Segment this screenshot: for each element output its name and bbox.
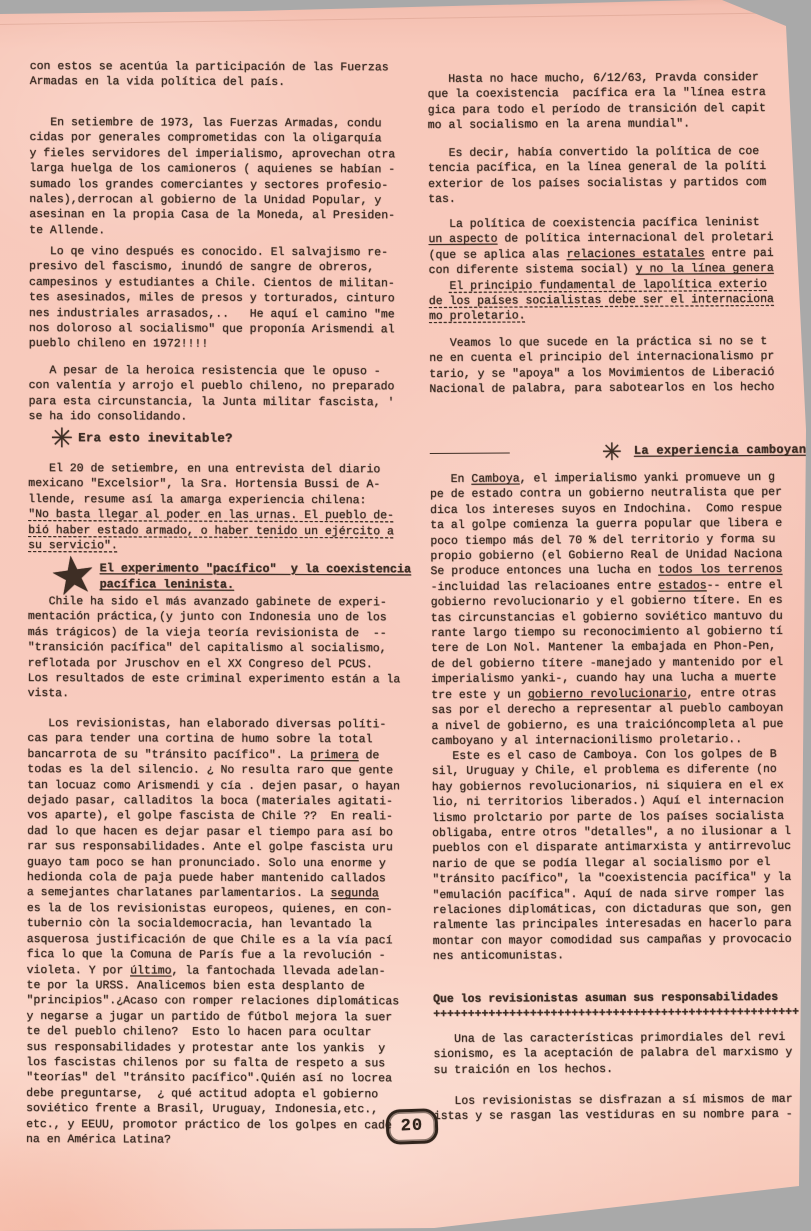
- paragraph: Es decir, había convertido la política d…: [428, 144, 767, 208]
- section-heading: ★El experimento "pacífico" y la coexiste…: [50, 556, 411, 597]
- underlined-text: El principio fundamental de lapolítica e…: [449, 278, 767, 293]
- underlined-text: un aspecto: [428, 233, 497, 246]
- paragraph: En Camboya, el imperialismo yanki promue…: [430, 470, 784, 749]
- heading-text: Era esto inevitable?: [78, 431, 233, 447]
- star-icon: ★: [47, 553, 99, 599]
- asterisk-icon: ✳: [602, 441, 622, 463]
- page-number-stamp: 20: [385, 1108, 438, 1145]
- slogan-divider: Que los revisionistas asuman sus respons…: [433, 990, 799, 1023]
- underlined-text: relaciones estatales: [567, 247, 705, 261]
- underlined-text: y no la línea genera: [636, 262, 774, 276]
- scanned-page: con estos se acentúa la participación de…: [0, 0, 811, 1231]
- paragraph: La política de coexistencia pacífica len…: [428, 215, 774, 325]
- underlined-text: de los países socialistas debe ser el in…: [429, 293, 774, 308]
- paragraph: Los revisionistas se disfrazan a sí mism…: [434, 1092, 793, 1125]
- right-column: Hasta no hace mucho, 6/12/63, Pravda con…: [427, 0, 811, 1231]
- underlined-text: mo proletario.: [429, 310, 526, 324]
- underlined-text: pacífica leninista.: [100, 577, 235, 591]
- underlined-text: todos los terrenos: [658, 563, 782, 577]
- heading-text: El experimento "pacífico" y la coexisten…: [100, 560, 412, 594]
- underlined-text: El experimento "pacífico" y la coexisten…: [100, 561, 412, 576]
- left-column: con estos se acentúa la participación de…: [26, 0, 430, 1231]
- underlined-text: gobierno revolucionario: [528, 687, 687, 701]
- paragraph: Una de las características primordiales …: [433, 1030, 792, 1078]
- underlined-text: bió haber estado armado, o haber tenido …: [28, 524, 394, 538]
- paragraph: Veamos lo que sucede en la práctica si n…: [429, 334, 774, 398]
- underlined-text: último: [130, 964, 171, 977]
- paragraph: En setiembre de 1973, las Fuerzas Armada…: [29, 115, 395, 240]
- paragraph: Hasta no hace mucho, 6/12/63, Pravda con…: [427, 70, 766, 134]
- section-heading: ✳La experiencia camboyana: [430, 440, 811, 464]
- section-heading: ✳Era esto inevitable?: [50, 426, 232, 453]
- paragraph: Los revisionistas, han elaborado diversa…: [26, 716, 400, 1149]
- underlined-text: estados: [658, 579, 706, 592]
- paragraph: A pesar de la heroica resistencia que le…: [29, 363, 395, 426]
- underlined-text: Camboya: [471, 472, 519, 485]
- underlined-text: primera: [310, 749, 358, 762]
- paragraph: Este es el caso de Camboya. Con los golp…: [432, 747, 792, 965]
- underlined-text: "No basta llegar al poder en las urnas. …: [28, 508, 394, 522]
- heading-text: La experiencia camboyana: [634, 443, 811, 460]
- asterisk-icon: ✳: [50, 426, 73, 452]
- paragraph: con estos se acentúa la participación de…: [30, 59, 389, 91]
- paragraph: Lo qe vino después es conocido. El salva…: [29, 244, 395, 353]
- paragraph: El 20 de setiembre, en una entrevista de…: [28, 461, 394, 555]
- underlined-text: segunda: [331, 888, 379, 901]
- paragraph: Chile ha sido el más avanzado gabinete d…: [28, 594, 401, 703]
- horizontal-rule: [430, 452, 510, 453]
